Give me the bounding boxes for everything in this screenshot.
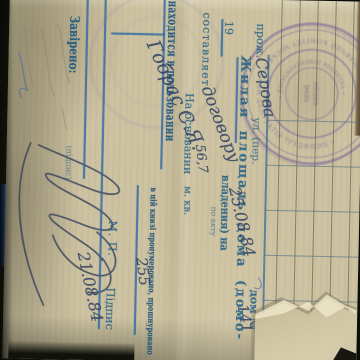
residence-prefix-label: прож.: [254, 23, 268, 58]
document-paper: • ВИКОНАВЧИЙ КОМІТЕТ МІСЬКОЇ РАДИ ДЕПУТА…: [2, 0, 360, 360]
stamp-center-text-illegible: міська: [312, 82, 321, 106]
edge-dark-band: [8, 340, 134, 360]
units-label: м. кв.: [181, 186, 193, 215]
stamp-center-text-illegible: рада: [303, 85, 311, 102]
totals-label: составляет: [199, 12, 214, 87]
small-note: по акту: [209, 207, 219, 237]
certified-small-label: (підпис): [64, 146, 74, 180]
pencil-marks-illegible: [21, 23, 71, 130]
year-blank: 19: [222, 21, 235, 35]
seal-place-label: М. П.: [105, 220, 119, 257]
photo-of-archival-document: • ВИКОНАВЧИЙ КОМІТЕТ МІСЬКОЇ РАДИ ДЕПУТА…: [0, 0, 360, 360]
certified-label: Завірено:: [65, 16, 81, 74]
signature-label: Підпис: [103, 287, 118, 330]
street-suffix-label: ул. (пер.: [249, 117, 262, 164]
handwritten-book-number: 255: [132, 256, 153, 287]
